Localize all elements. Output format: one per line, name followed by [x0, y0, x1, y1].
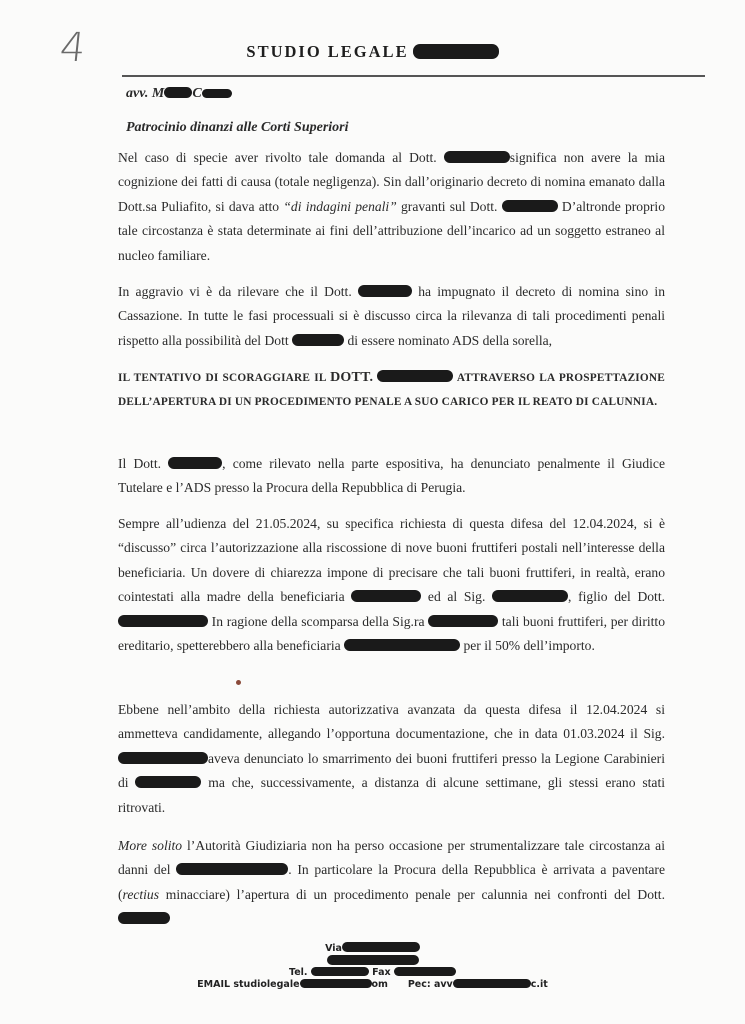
document-page: 4 STUDIO LEGALE avv. MC Patrocinio dinan… [0, 0, 745, 1024]
redaction [327, 955, 419, 965]
redaction [342, 942, 420, 952]
redaction [168, 457, 222, 469]
redaction [394, 967, 456, 976]
text: IL TENTATIVO DI SCORAGGIARE IL [118, 372, 326, 384]
redaction [164, 87, 192, 98]
ink-speck [236, 680, 241, 685]
redaction [176, 863, 288, 875]
text: c.it [531, 979, 548, 990]
text: , figlio del Dott. [568, 589, 665, 604]
italic-text: rectius [123, 887, 160, 902]
paragraph-2: In aggravio vi è da rilevare che il Dott… [118, 280, 665, 353]
redaction [444, 151, 510, 163]
text: EMAIL studiolegale [197, 979, 299, 990]
lawyer-name: avv. MC [126, 86, 232, 102]
text: In aggravio vi è da rilevare che il Dott… [118, 284, 352, 299]
redaction [118, 752, 208, 764]
text: Via [325, 943, 342, 954]
redaction [118, 912, 170, 924]
redaction [311, 967, 369, 976]
text: minacciare) l’apertura di un procediment… [159, 887, 665, 902]
redaction [202, 89, 232, 98]
footer-email: EMAIL studiolegaleom Pec: avvc.it [0, 979, 745, 990]
text: Tel. [289, 967, 308, 978]
header-divider [122, 75, 705, 77]
footer-address: Via [0, 942, 745, 954]
redaction [358, 285, 412, 297]
redaction [453, 979, 531, 988]
lawyer-initial: C [192, 86, 201, 101]
text: ma che, successivamente, a distanza di a… [118, 775, 665, 814]
text: Ebbene nell’ambito della richiesta autor… [118, 702, 665, 741]
text: ed al Sig. [421, 589, 485, 604]
text: DOTT. [330, 370, 373, 385]
redaction [502, 200, 558, 212]
redaction [492, 590, 568, 602]
section-heading: IL TENTATIVO DI SCORAGGIARE IL DOTT. ATT… [118, 366, 665, 415]
text: Nel caso di specie aver rivolto tale dom… [118, 150, 437, 165]
redaction [351, 590, 421, 602]
firm-letterhead: STUDIO LEGALE [0, 42, 745, 62]
text: Il Dott. [118, 456, 161, 471]
italic-text: More solito [118, 838, 182, 853]
paragraph-5: Ebbene nell’ambito della richiesta autor… [118, 698, 665, 820]
paragraph-6: More solito l’Autorità Giudiziaria non h… [118, 834, 665, 932]
redaction [118, 615, 208, 627]
paragraph-4: Sempre all’udienza del 21.05.2024, su sp… [118, 512, 665, 658]
footer-phone: Tel. Fax [0, 967, 745, 978]
text: Fax [372, 967, 390, 978]
redaction [135, 776, 201, 788]
redaction [428, 615, 498, 627]
text: Pec: avv [408, 979, 453, 990]
letterhead-subtitle: Patrocinio dinanzi alle Corti Superiori [126, 120, 349, 136]
text: di essere nominato ADS della sorella, [344, 333, 552, 348]
redaction [300, 979, 372, 988]
redaction [377, 370, 453, 382]
text: om [372, 979, 388, 990]
footer-city [0, 955, 745, 967]
italic-text: “di indagini penali” [283, 199, 396, 214]
redaction [292, 334, 344, 346]
redaction [413, 44, 499, 59]
text: In ragione della scomparsa della Sig.ra [208, 614, 425, 629]
lawyer-prefix: avv. M [126, 86, 164, 101]
redaction [344, 639, 460, 651]
paragraph-1: Nel caso di specie aver rivolto tale dom… [118, 146, 665, 268]
text: gravanti sul Dott. [397, 199, 498, 214]
text: per il 50% dell’importo. [460, 638, 595, 653]
paragraph-3: Il Dott. , come rilevato nella parte esp… [118, 452, 665, 501]
firm-name: STUDIO LEGALE [246, 42, 408, 61]
